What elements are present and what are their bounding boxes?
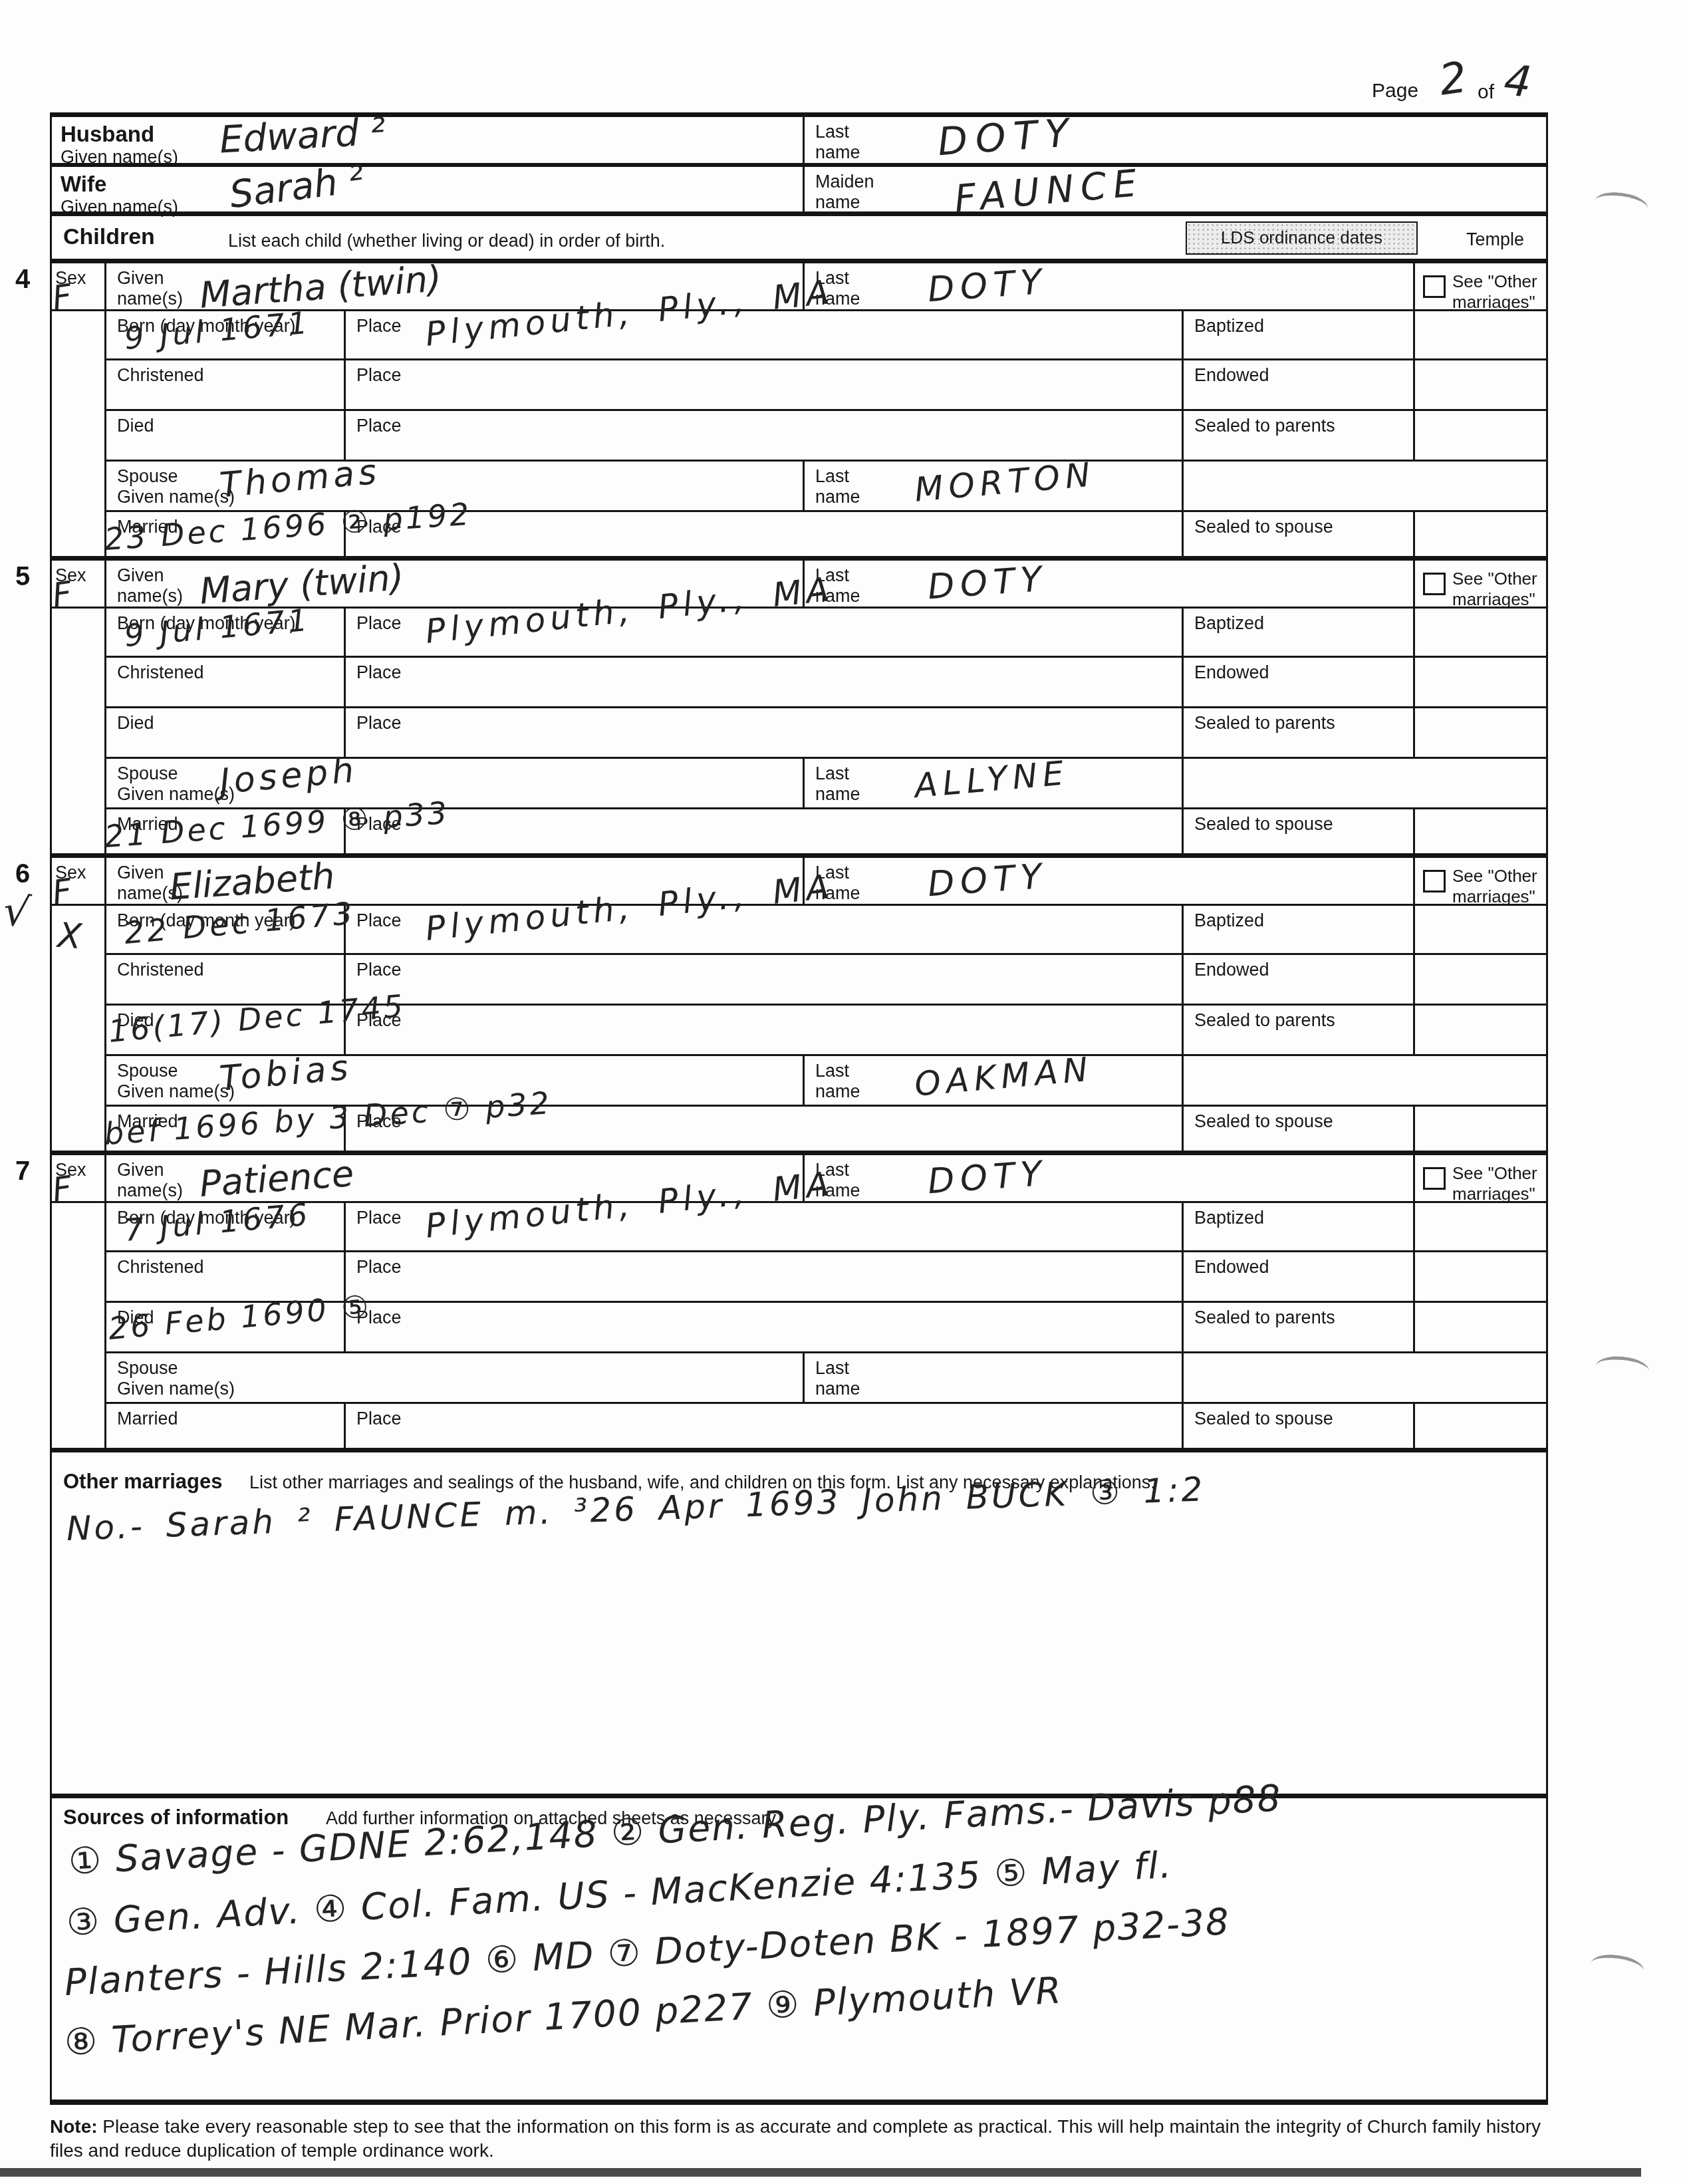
table-bottom-border — [50, 2100, 1548, 2105]
divider — [50, 556, 1548, 561]
husband-given-label: Given name(s) — [61, 147, 803, 168]
wife-maiden-label: Maiden name — [805, 167, 888, 213]
place-label: Place — [346, 809, 1182, 835]
temple-column-label: Temple — [1466, 229, 1524, 250]
temple-cell — [1415, 1404, 1548, 1448]
scan-artifact-curve — [1589, 1952, 1645, 1982]
temple-cell — [1415, 809, 1548, 853]
died-label: Died — [106, 708, 344, 734]
christened-label: Christened — [106, 658, 344, 683]
spouse-last-label: Last name — [805, 462, 878, 507]
sealed-to-parents-label: Sealed to parents — [1184, 1303, 1413, 1328]
child-number: 4 — [15, 265, 30, 295]
baptized-label: Baptized — [1184, 609, 1413, 634]
children-header: Children List each child (whether living… — [50, 216, 1548, 259]
place-label: Place — [346, 1252, 1182, 1278]
given-name-label: Given name(s) — [106, 263, 200, 309]
see-other-marriages-label: See "Other marriages" — [1452, 866, 1547, 906]
sources-section: Sources of information Add further infor… — [50, 1794, 1548, 2100]
other-marriages-title: Other marriages — [63, 1470, 223, 1493]
temple-cell — [1415, 1303, 1548, 1353]
sealed-to-parents-label: Sealed to parents — [1184, 708, 1413, 734]
last-name-value: DOTY — [926, 559, 1049, 607]
child-record-5: 5 Sex Given name(s) Last name See "Other… — [50, 561, 1548, 853]
place-label: Place — [346, 658, 1182, 683]
christened-label: Christened — [106, 360, 344, 386]
born-row-mark: X — [57, 916, 83, 957]
page-total-value: 4 — [1501, 56, 1533, 108]
spouse-row: SpouseGiven name(s) Last name — [50, 1353, 1548, 1404]
spouse-label: Spouse — [117, 1358, 803, 1379]
spouse-last-label: Last name — [805, 759, 878, 805]
temple-cell — [1415, 955, 1548, 1006]
see-other-marriages-checkbox — [1423, 1167, 1446, 1190]
christened-row: Christened Place Endowed — [50, 1252, 1548, 1303]
christened-row: Christened Place Endowed — [50, 658, 1548, 708]
endowed-label: Endowed — [1184, 1252, 1413, 1278]
given-name-label: Given name(s) — [106, 561, 200, 607]
children-title: Children — [63, 224, 155, 250]
family-group-record-page: Page 2 of 4 Husband Given name(s) Last n… — [0, 0, 1689, 2184]
baptized-label: Baptized — [1184, 311, 1413, 337]
married-label: Married — [106, 1404, 344, 1429]
temple-cell — [1415, 512, 1548, 556]
divider — [50, 853, 1548, 858]
child-number: 7 — [15, 1157, 30, 1186]
see-other-marriages-checkbox — [1423, 275, 1446, 298]
sealed-to-spouse-label: Sealed to spouse — [1184, 1404, 1413, 1429]
husband-last-label: Last name — [805, 117, 878, 163]
wife-given-label: Given name(s) — [61, 197, 803, 217]
last-name-value: DOTY — [926, 262, 1049, 310]
temple-cell — [1415, 658, 1548, 708]
endowed-label: Endowed — [1184, 658, 1413, 683]
place-label: Place — [346, 1404, 1182, 1429]
christened-label: Christened — [106, 1252, 344, 1278]
footer-note: Note: Please take every reasonable step … — [50, 2115, 1548, 2163]
child-record-4: 4 Sex Given name(s) Last name See "Other… — [50, 263, 1548, 556]
temple-cell — [1415, 411, 1548, 462]
died-label: Died — [106, 411, 344, 436]
see-other-marriages-label: See "Other marriages" — [1452, 271, 1547, 312]
baptized-label: Baptized — [1184, 1203, 1413, 1228]
christened-row: Christened Place Endowed — [50, 955, 1548, 1006]
see-other-marriages-label: See "Other marriages" — [1452, 569, 1547, 609]
place-label: Place — [346, 955, 1182, 980]
scan-artifact-curve — [1593, 190, 1649, 220]
child-number: 6 — [15, 859, 30, 889]
divider — [50, 259, 1548, 263]
other-marriages-section: Other marriages List other marriages and… — [50, 1452, 1548, 1794]
scan-artifact-curve — [1595, 1354, 1650, 1383]
christened-row: Christened Place Endowed — [50, 360, 1548, 411]
child-record-7: 7 Sex Given name(s) Last name See "Other… — [50, 1155, 1548, 1448]
footer-note-text: Please take every reasonable step to see… — [50, 2116, 1541, 2161]
last-name-value: DOTY — [926, 1154, 1049, 1202]
place-label: Place — [346, 708, 1182, 734]
given-name-label: Given name(s) — [106, 1155, 200, 1201]
sealed-to-parents-label: Sealed to parents — [1184, 1006, 1413, 1031]
child-number: 5 — [15, 562, 30, 592]
page-number-value: 2 — [1436, 53, 1470, 106]
christened-label: Christened — [106, 955, 344, 980]
temple-cell — [1415, 1203, 1548, 1252]
husband-row: Husband Given name(s) Last name Edward ²… — [50, 117, 1548, 163]
died-row: Died Place Sealed to parents — [50, 708, 1548, 759]
husband-label: Husband — [61, 122, 803, 147]
lds-ordinance-dates-header: LDS ordinance dates — [1186, 221, 1418, 255]
place-label: Place — [346, 1006, 1182, 1031]
children-subtitle: List each child (whether living or dead)… — [228, 231, 665, 251]
endowed-label: Endowed — [1184, 955, 1413, 980]
temple-cell — [1415, 708, 1548, 759]
temple-cell — [1415, 609, 1548, 658]
place-label: Place — [346, 360, 1182, 386]
child-record-6: 6 Sex Given name(s) Last name See "Other… — [50, 858, 1548, 1151]
temple-cell — [1415, 1252, 1548, 1303]
temple-cell — [1415, 1006, 1548, 1056]
husband-last-value: DOTY — [936, 110, 1078, 164]
spouse-last-label: Last name — [805, 1353, 878, 1399]
wife-label: Wife — [61, 172, 803, 197]
page-of-label: of — [1478, 81, 1494, 104]
temple-cell — [1415, 906, 1548, 955]
temple-cell — [1415, 311, 1548, 360]
see-other-marriages-checkbox — [1423, 573, 1446, 595]
sealed-to-spouse-label: Sealed to spouse — [1184, 512, 1413, 537]
sealed-to-spouse-label: Sealed to spouse — [1184, 1107, 1413, 1132]
margin-checkmark: √ — [0, 886, 33, 938]
wife-row: Wife Given name(s) Maiden name Sarah ² F… — [50, 167, 1548, 211]
died-row: Died Place Sealed to parents — [50, 411, 1548, 462]
divider — [50, 1448, 1548, 1452]
temple-cell — [1415, 1107, 1548, 1151]
see-other-marriages-checkbox — [1423, 870, 1446, 892]
place-label: Place — [346, 1303, 1182, 1328]
sealed-to-parents-label: Sealed to parents — [1184, 411, 1413, 436]
spouse-last-label: Last name — [805, 1056, 878, 1102]
husband-given-value: Edward ² — [218, 110, 386, 162]
endowed-label: Endowed — [1184, 360, 1413, 386]
married-row: Married Place Sealed to spouse — [50, 1404, 1548, 1448]
see-other-marriages-label: See "Other marriages" — [1452, 1163, 1547, 1204]
footer-note-label: Note: — [50, 2116, 98, 2137]
place-label: Place — [346, 411, 1182, 436]
temple-cell — [1415, 360, 1548, 411]
scan-edge-bar — [0, 2168, 1641, 2177]
page-label: Page — [1372, 80, 1418, 102]
last-name-value: DOTY — [926, 857, 1049, 904]
spouse-given-label: Given name(s) — [117, 1379, 803, 1399]
sources-title: Sources of information — [63, 1806, 289, 1829]
lds-ordinance-dates-label: LDS ordinance dates — [1221, 228, 1382, 248]
sealed-to-spouse-label: Sealed to spouse — [1184, 809, 1413, 835]
baptized-label: Baptized — [1184, 906, 1413, 931]
divider — [50, 1151, 1548, 1155]
